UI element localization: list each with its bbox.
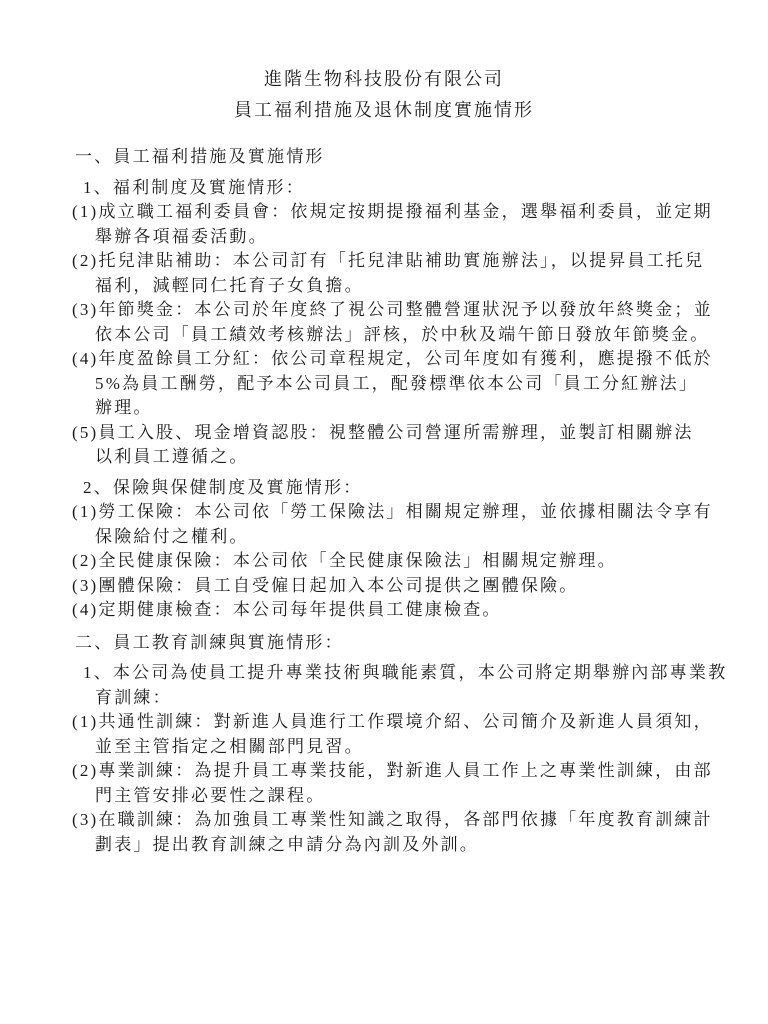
item-text: 員工入股、現金增資認股：視整體公司營運所需辦理，並製訂相關辦法 [98,423,693,442]
subsection-1-2-heading: 2、保險與保健制度及實施情形： [83,476,742,501]
item-text: 年度盈餘員工分紅：依公司章程規定，公司年度如有獲利，應提撥不低於 [98,349,712,368]
item-text-continuation: 舉辦各項福委活動。 [95,225,742,250]
item-text-continuation: 福利，減輕同仁托育子女負擔。 [95,274,742,299]
list-item: (1)共通性訓練：對新進人員進行工作環境介紹、公司簡介及新進人員須知， 並至主管… [72,710,742,759]
item-text: 全民健康保險：本公司依「全民健康保險法」相關規定辦理。 [98,551,616,570]
list-item: (2)專業訓練：為提升員工專業技能，對新進人員工作上之專業性訓練，由部 門主管安… [72,759,742,808]
item-text: 共通性訓練：對新進人員進行工作環境介紹、公司簡介及新進人員須知， [98,712,712,731]
item-text-continuation: 依本公司「員工績效考核辦法」評核，於中秋及端午節日發放年節獎金。 [95,323,742,348]
company-name: 進階生物科技股份有限公司 [0,64,768,95]
list-item: (4)定期健康檢查：本公司每年提供員工健康檢查。 [72,598,742,623]
item-text-continuation: 門主管安排必要性之課程。 [95,784,742,809]
item-text: 勞工保險：本公司依「勞工保險法」相關規定辦理，並依據相關法令享有 [98,502,712,521]
item-number: (4) [72,349,98,368]
item-number: (3) [72,300,98,319]
item-number: (2) [72,551,98,570]
item-text: 托兒津貼補助：本公司訂有「托兒津貼補助實施辦法」，以提昇員工托兒 [98,251,704,270]
item-text-continuation: 育訓練： [95,686,742,711]
item-text: 本公司為使員工提升專業技術與職能素質，本公司將定期舉辦內部專業教 [113,663,727,682]
section-2-heading: 二、員工教育訓練與實施情形： [75,631,742,656]
item-text-continuation: 辦理。 [95,396,742,421]
item-text: 定期健康檢查：本公司每年提供員工健康檢查。 [98,600,501,619]
list-item: (5)員工入股、現金增資認股：視整體公司營運所需辦理，並製訂相關辦法 以利員工遵… [72,421,742,470]
list-item: (1)成立職工福利委員會：依規定按期提撥福利基金，選舉福利委員，並定期 舉辦各項… [72,200,742,249]
document-page: 進階生物科技股份有限公司 員工福利措施及退休制度實施情形 一、員工福利措施及實施… [0,0,768,1024]
list-item: (1)勞工保險：本公司依「勞工保險法」相關規定辦理，並依據相關法令享有 保險給付… [72,500,742,549]
section-2-intro: 1、本公司為使員工提升專業技術與職能素質，本公司將定期舉辦內部專業教 育訓練： [83,661,742,710]
item-number: 1、 [83,663,113,682]
item-number: (4) [72,600,98,619]
title-block: 進階生物科技股份有限公司 員工福利措施及退休制度實施情形 [0,64,768,126]
item-number: (3) [72,810,98,829]
item-text-continuation: 以利員工遵循之。 [95,445,742,470]
item-text: 年節獎金：本公司於年度終了視公司整體營運狀況予以發放年終獎金；並 [98,300,712,319]
list-item: (3)年節獎金：本公司於年度終了視公司整體營運狀況予以發放年終獎金；並 依本公司… [72,298,742,347]
item-number: (2) [72,251,98,270]
section-1-heading: 一、員工福利措施及實施情形 [75,145,742,170]
list-item: (3)團體保險：員工自受僱日起加入本公司提供之團體保險。 [72,574,742,599]
item-text: 團體保險：員工自受僱日起加入本公司提供之團體保險。 [98,576,578,595]
item-number: (5) [72,423,98,442]
item-number: (1) [72,712,98,731]
item-text: 成立職工福利委員會：依規定按期提撥福利基金，選舉福利委員，並定期 [98,202,712,221]
item-text-continuation: 5%為員工酬勞，配予本公司員工，配發標準依本公司「員工分紅辦法」 [95,372,742,397]
list-item: (2)托兒津貼補助：本公司訂有「托兒津貼補助實施辦法」，以提昇員工托兒 福利，減… [72,249,742,298]
item-number: (3) [72,576,98,595]
item-number: (1) [72,502,98,521]
item-text-continuation: 劃表」提出教育訓練之申請分為內訓及外訓。 [95,833,742,858]
item-text-continuation: 保險給付之權利。 [95,525,742,550]
subsection-1-1-heading: 1、福利制度及實施情形： [83,176,742,201]
item-text: 專業訓練：為提升員工專業技能，對新進人員工作上之專業性訓練，由部 [98,761,712,780]
document-subtitle: 員工福利措施及退休制度實施情形 [0,95,768,126]
list-item: (3)在職訓練：為加強員工專業性知識之取得，各部門依據「年度教育訓練計 劃表」提… [72,808,742,857]
list-item: (4)年度盈餘員工分紅：依公司章程規定，公司年度如有獲利，應提撥不低於 5%為員… [72,347,742,421]
item-number: (1) [72,202,98,221]
list-item: (2)全民健康保險：本公司依「全民健康保險法」相關規定辦理。 [72,549,742,574]
item-text-continuation: 並至主管指定之相關部門見習。 [95,735,742,760]
item-number: (2) [72,761,98,780]
item-text: 在職訓練：為加強員工專業性知識之取得，各部門依據「年度教育訓練計 [98,810,712,829]
